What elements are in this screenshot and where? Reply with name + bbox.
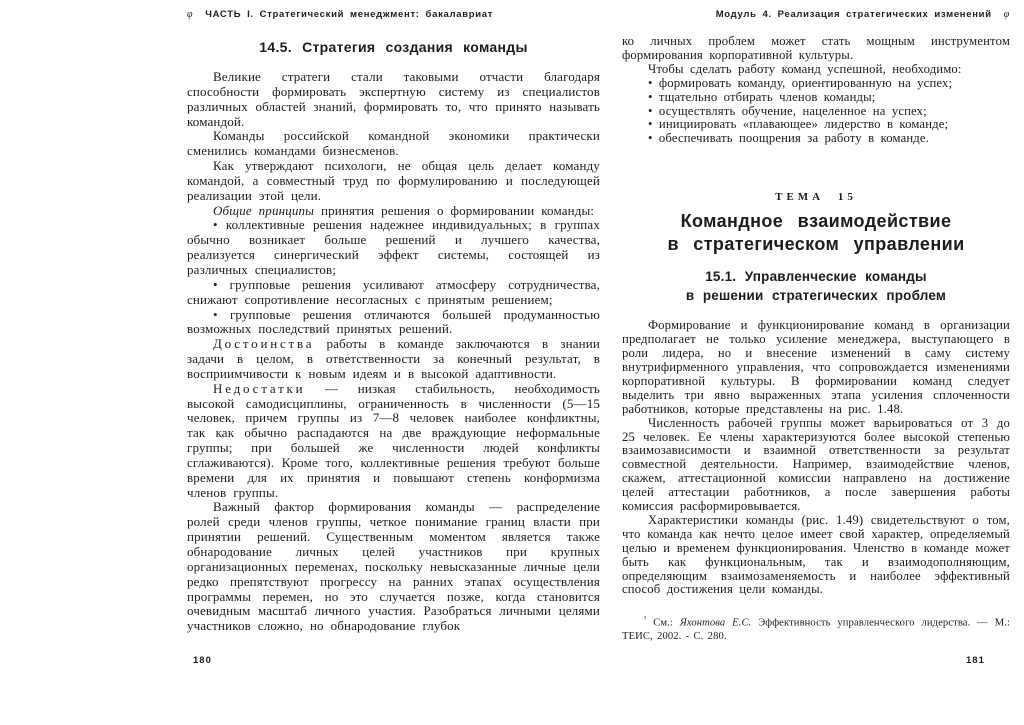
bullet-icon: • <box>213 307 218 322</box>
subsection-title-line1: 15.1. Управленческие команды <box>622 268 1010 287</box>
paragraph: Важный фактор формирования команды — рас… <box>187 500 600 634</box>
list-item-text: тщательно отбирать членов команды; <box>659 90 876 104</box>
paragraph: Недостатки — низкая стабильность, необхо… <box>187 382 600 501</box>
left-running-head-text: ЧАСТЬ I. Стратегический менеджмент: бака… <box>205 9 493 20</box>
left-page: φЧАСТЬ I. Стратегический менеджмент: бак… <box>187 9 600 634</box>
paragraph: Как утверждают психологи, не общая цель … <box>187 159 600 204</box>
paragraph: Чтобы сделать работу команд успешной, не… <box>622 63 1010 77</box>
list-item: • обеспечивать поощрения за работу в ком… <box>622 132 1010 146</box>
right-page-number: 181 <box>966 655 985 666</box>
paragraph: Команды российской командной экономики п… <box>187 129 600 159</box>
list-item: • групповые решения усиливают атмосферу … <box>187 278 600 308</box>
bullet-icon: • <box>648 117 653 131</box>
chapter-title-line2: в стратегическом управлении <box>622 233 1010 256</box>
left-page-number: 180 <box>193 655 212 666</box>
paragraph-lead: Общие принципы <box>213 203 314 218</box>
paragraph: ко личных проблем может стать мощным инс… <box>622 35 1010 63</box>
subsection-title-line2: в решении стратегических проблем <box>622 287 1010 306</box>
tema-label: ТЕМА 15 <box>622 191 1010 203</box>
paragraph: Формирование и функционирование команд в… <box>622 319 1010 416</box>
right-body-text-2: Формирование и функционирование команд в… <box>622 319 1010 597</box>
chapter-title: Командное взаимодействие в стратегическо… <box>622 210 1010 255</box>
paragraph: Численность рабочей группы может варьиро… <box>622 417 1010 514</box>
subsection-title: 15.1. Управленческие команды в решении с… <box>622 268 1010 305</box>
bullet-icon: • <box>648 131 653 145</box>
right-page: Модуль 4. Реализация стратегических изме… <box>622 9 1010 654</box>
list-item: • формировать команду, ориентированную н… <box>622 77 1010 91</box>
list-item: • коллективные решения надежнее индивиду… <box>187 218 600 277</box>
chapter-title-line1: Командное взаимодействие <box>622 210 1010 233</box>
list-item-text: формировать команду, ориентированную на … <box>659 76 952 90</box>
list-item-text: групповые решения отличаются большей про… <box>187 307 600 337</box>
paragraph-text: принятия решения о формировании команды: <box>314 203 594 218</box>
list-item: • тщательно отбирать членов команды; <box>622 91 1010 105</box>
paragraph: Характеристики команды (рис. 1.49) свиде… <box>622 514 1010 597</box>
list-item: • инициировать «плавающее» лидерство в к… <box>622 118 1010 132</box>
list-item-text: групповые решения усиливают атмосферу со… <box>187 277 600 307</box>
bullet-icon: • <box>648 104 653 118</box>
footnote-see: См.: <box>646 618 679 629</box>
phi-ornament-icon: φ <box>1004 9 1010 20</box>
list-item: • групповые решения отличаются большей п… <box>187 308 600 338</box>
list-item-text: коллективные решения надежнее индивидуал… <box>187 217 600 277</box>
bullet-icon: • <box>213 277 218 292</box>
left-body-text: Великие стратеги стали таковыми отчасти … <box>187 70 600 634</box>
left-running-head: φЧАСТЬ I. Стратегический менеджмент: бак… <box>187 9 600 20</box>
right-body-text: ко личных проблем может стать мощным инс… <box>622 35 1010 146</box>
paragraph-text: — низкая стабильность, необходимость выс… <box>187 381 600 500</box>
bullet-icon: • <box>648 76 653 90</box>
footnote-text: ¹ См.: Яхонтова Е.С. Эффективность управ… <box>622 612 1010 643</box>
footnote-author: Яхонтова Е.С. <box>680 618 752 629</box>
bullet-icon: • <box>648 90 653 104</box>
right-running-head: Модуль 4. Реализация стратегических изме… <box>622 9 1010 20</box>
list-item-text: обеспечивать поощрения за работу в коман… <box>659 131 929 145</box>
right-running-head-text: Модуль 4. Реализация стратегических изме… <box>716 9 992 20</box>
bullet-icon: • <box>213 217 218 232</box>
left-section-title: 14.5. Стратегия создания команды <box>187 39 600 55</box>
list-item-text: инициировать «плавающее» лидерство в ком… <box>659 117 948 131</box>
list-item: • осуществлять обучение, нацеленное на у… <box>622 105 1010 119</box>
paragraph: Достоинства работы в команде заключаются… <box>187 337 600 382</box>
paragraph-lead: Недостатки <box>213 381 305 396</box>
list-item-text: осуществлять обучение, нацеленное на усп… <box>659 104 927 118</box>
paragraph-lead: Достоинства <box>213 336 314 351</box>
paragraph: Великие стратеги стали таковыми отчасти … <box>187 70 600 129</box>
footnote: ¹ См.: Яхонтова Е.С. Эффективность управ… <box>622 612 1010 643</box>
phi-ornament-icon: φ <box>187 9 193 20</box>
paragraph: Общие принципы принятия решения о формир… <box>187 204 600 219</box>
